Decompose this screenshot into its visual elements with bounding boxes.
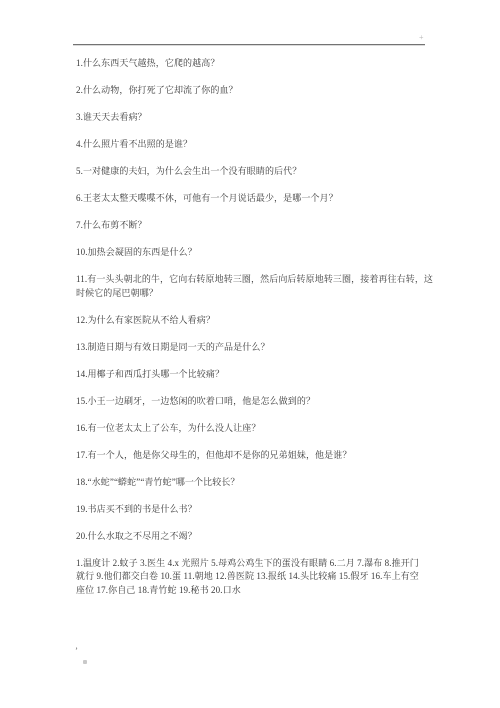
footer-artifact-mark: ’ xyxy=(75,647,78,656)
question-item-7: 7.什么布剪不断？ xyxy=(76,219,458,233)
question-item-2: 2.什么动物，你打死了它却流了你的血？ xyxy=(76,84,458,98)
header-artifact-mark: + xyxy=(419,34,424,42)
question-item-13: 13.制造日期与有效日期是同一天的产品是什么？ xyxy=(76,341,458,355)
question-item-20: 20.什么水取之不尽用之不竭？ xyxy=(76,530,458,544)
question-item-18: 18.“水蛇”“蟒蛇”“青竹蛇”哪一个比较长？ xyxy=(76,476,458,490)
question-item-15: 15.小王一边刷牙，一边悠闲的吹着口哨，他是怎么做到的？ xyxy=(76,395,458,409)
question-item-12: 12.为什么有家医院从不给人看病？ xyxy=(76,314,458,328)
question-item-14: 14.用椰子和西瓜打头哪一个比较痛？ xyxy=(76,368,458,382)
question-item-19: 19.书店买不到的书是什么书？ xyxy=(76,503,458,517)
document-page: + 1.什么东西天气越热，它爬的越高？ 2.什么动物，你打死了它却流了你的血？ … xyxy=(0,0,500,708)
footer-artifact-dot xyxy=(83,660,87,664)
question-item-1: 1.什么东西天气越热，它爬的越高？ xyxy=(76,57,458,71)
question-item-6: 6.王老太太整天喋喋不休，可他有一个月说话最少，是哪一个月？ xyxy=(76,192,458,206)
question-item-17: 17.有一个人，他是你父母生的，但他却不是你的兄弟姐妹，他是谁？ xyxy=(76,449,458,463)
answers-paragraph: 1.温度计 2.蚊子 3.医生 4.x 光照片 5.母鸡公鸡生下的蛋没有眼睛 6… xyxy=(76,557,458,598)
questions-list: 1.什么东西天气越热，它爬的越高？ 2.什么动物，你打死了它却流了你的血？ 3.… xyxy=(76,57,458,597)
question-item-4: 4.什么照片看不出照的是谁？ xyxy=(76,138,458,152)
question-item-10: 10.加热会凝固的东西是什么？ xyxy=(76,246,458,260)
question-item-5: 5.一对健康的夫妇，为什么会生出一个没有眼睛的后代？ xyxy=(76,165,458,179)
question-item-16: 16.有一位老太太上了公车，为什么没人让座？ xyxy=(76,422,458,436)
question-item-11: 11.有一头头朝北的牛，它向右转原地转三圈，然后向后转原地转三圈，接着再往右转，… xyxy=(76,273,458,300)
question-item-3: 3.谁天天去看病？ xyxy=(76,111,458,125)
header-rule xyxy=(73,44,425,45)
